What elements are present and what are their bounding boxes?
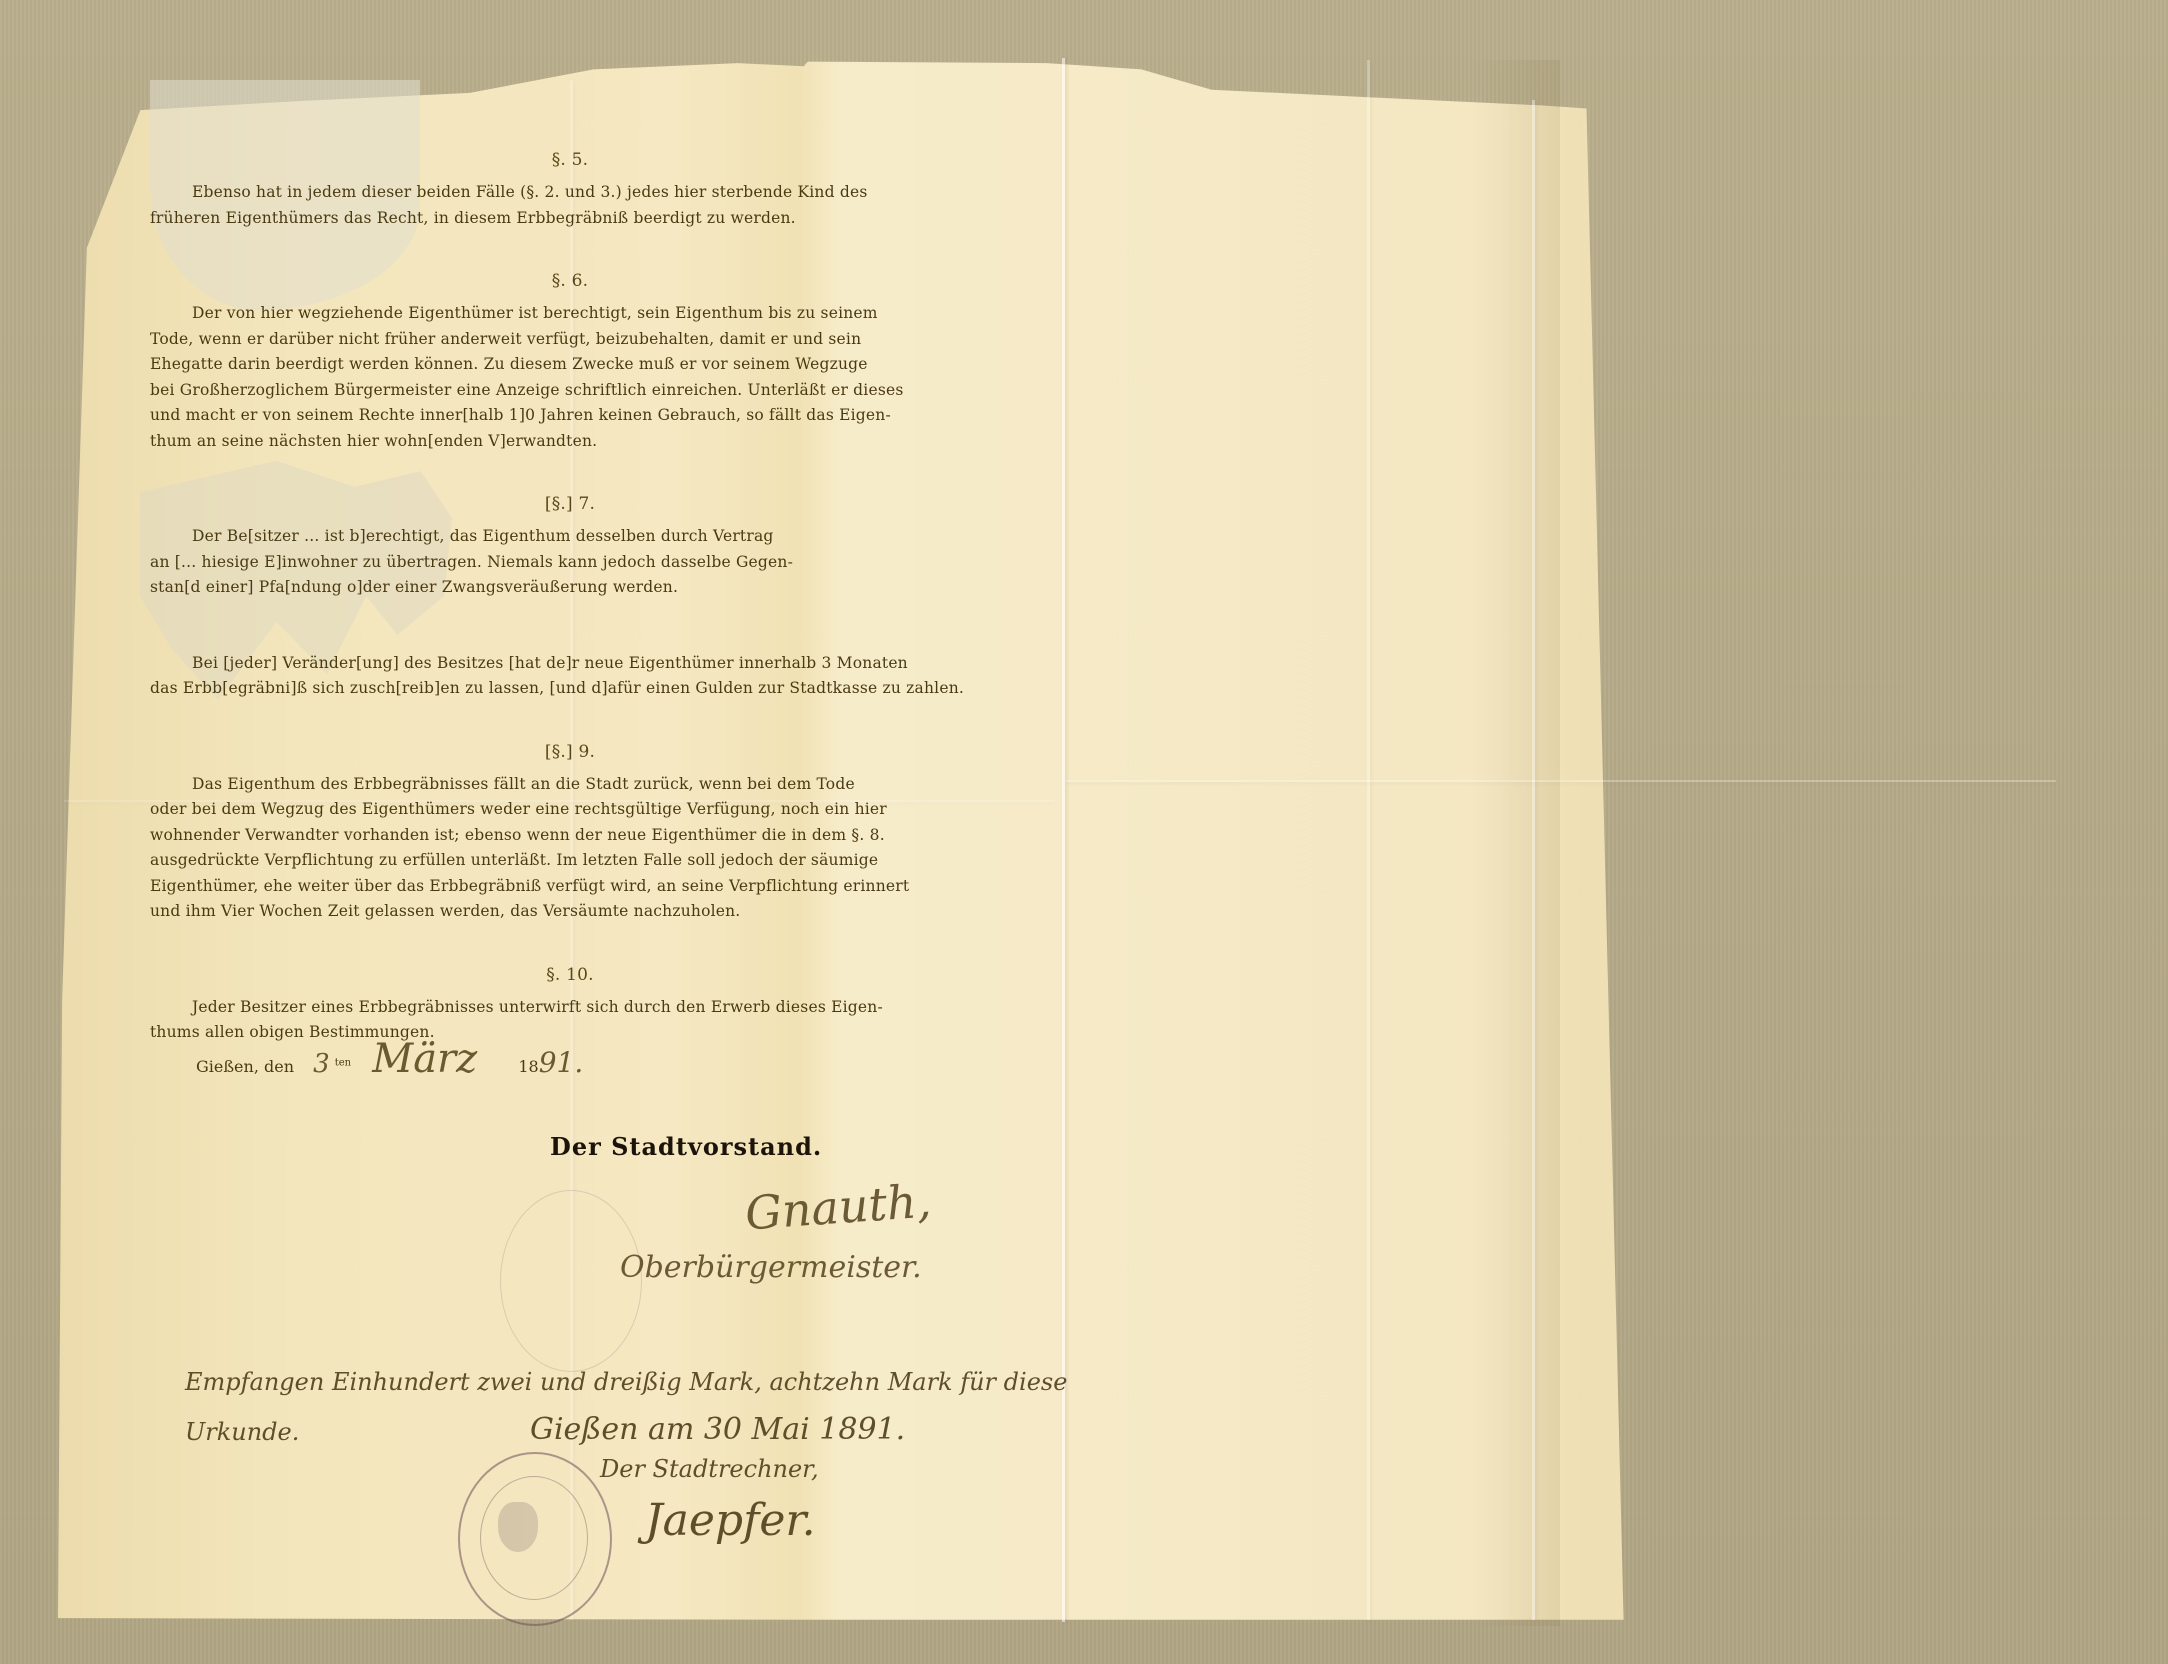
receipt-line-1: Empfangen Einhundert zwei und dreißig Ma… xyxy=(185,1368,1067,1396)
text-line: stan[d einer] Pfa[ndung o]der einer Zwan… xyxy=(150,575,950,601)
day-suffix: ten xyxy=(335,1058,351,1069)
section-heading: §. 6. xyxy=(150,271,950,291)
text-line: wohnender Verwandter vorhanden ist; eben… xyxy=(150,823,950,849)
fold-line xyxy=(1532,100,1535,1620)
handwritten-day: 3 xyxy=(313,1049,330,1079)
text-line: Bei [jeder] Veränder[ung] des Besitzes [… xyxy=(150,651,950,677)
text-line: Der Be[sitzer ... ist b]erechtigt, das E… xyxy=(150,524,950,550)
text-line: Ebenso hat in jedem dieser beiden Fälle … xyxy=(150,180,950,206)
coat-of-arms-icon xyxy=(498,1502,538,1552)
text-line: an [... hiesige E]inwohner zu übertragen… xyxy=(150,550,950,576)
section-8: Bei [jeder] Veränder[ung] des Besitzes [… xyxy=(150,651,950,702)
text-line: Tode, wenn er darüber nicht früher ander… xyxy=(150,327,950,353)
text-line: Eigenthümer, ehe weiter über das Erbbegr… xyxy=(150,874,950,900)
text-line: früheren Eigenthümers das Recht, in dies… xyxy=(150,206,950,232)
mayor-title: Oberbürgermeister. xyxy=(620,1250,922,1285)
section-6: §. 6. Der von hier wegziehende Eigenthüm… xyxy=(150,271,950,454)
place-date-line: Gießen, den 3 ten März 1891. xyxy=(196,1036,583,1082)
handwritten-month: März xyxy=(372,1036,477,1082)
text-line: Das Eigenthum des Erbbegräbnisses fällt … xyxy=(150,772,950,798)
text-line: Der von hier wegziehende Eigenthümer ist… xyxy=(150,301,950,327)
text-line: Jeder Besitzer eines Erbbegräbnisses unt… xyxy=(150,995,950,1021)
section-heading: §. 5. xyxy=(150,150,950,170)
section-text: Der von hier wegziehende Eigenthümer ist… xyxy=(150,301,950,454)
section-heading: [§.] 7. xyxy=(150,494,950,514)
treasurer-signature: Jaepfer. xyxy=(645,1495,816,1546)
text-line: und ihm Vier Wochen Zeit gelassen werden… xyxy=(150,899,950,925)
section-5: §. 5. Ebenso hat in jedem dieser beiden … xyxy=(150,150,950,231)
text-line: und macht er von seinem Rechte inner[hal… xyxy=(150,403,950,429)
issuing-authority: Der Stadtvorstand. xyxy=(550,1132,822,1161)
text-line: ausgedrückte Verpflichtung zu erfüllen u… xyxy=(150,848,950,874)
section-text: Ebenso hat in jedem dieser beiden Fälle … xyxy=(150,180,950,231)
fold-line xyxy=(1367,60,1370,1620)
section-text: Bei [jeder] Veränder[ung] des Besitzes [… xyxy=(150,651,950,702)
section-9: [§.] 9. Das Eigenthum des Erbbegräbnisse… xyxy=(150,742,950,925)
receipt-line-2: Urkunde. xyxy=(185,1418,299,1446)
fold-line xyxy=(1066,780,2056,782)
section-heading: [§.] 9. xyxy=(150,742,950,762)
place-date-prefix: Gießen, den xyxy=(196,1057,294,1076)
text-line: das Erbb[egräbni]ß sich zusch[reib]en zu… xyxy=(150,676,950,702)
section-text: Das Eigenthum des Erbbegräbnisses fällt … xyxy=(150,772,950,925)
official-seal-stamp xyxy=(458,1452,612,1626)
text-line: oder bei dem Wegzug des Eigenthümers wed… xyxy=(150,797,950,823)
section-text: Der Be[sitzer ... ist b]erechtigt, das E… xyxy=(150,524,950,601)
section-heading: §. 10. xyxy=(150,965,950,985)
receipt-office: Der Stadtrechner, xyxy=(600,1455,819,1483)
text-line: thum an seine nächsten hier wohn[enden V… xyxy=(150,429,950,455)
section-7: [§.] 7. Der Be[sitzer ... ist b]erechtig… xyxy=(150,494,950,601)
handwritten-year: 91. xyxy=(539,1046,584,1079)
section-10: §. 10. Jeder Besitzer eines Erbbegräbnis… xyxy=(150,965,950,1046)
text-line: bei Großherzoglichem Bürgermeister eine … xyxy=(150,378,950,404)
printed-century: 18 xyxy=(518,1057,538,1076)
text-line: Ehegatte darin beerdigt werden können. Z… xyxy=(150,352,950,378)
receipt-place-date: Gießen am 30 Mai 1891. xyxy=(530,1412,905,1447)
document-body: §. 5. Ebenso hat in jedem dieser beiden … xyxy=(150,150,950,1086)
